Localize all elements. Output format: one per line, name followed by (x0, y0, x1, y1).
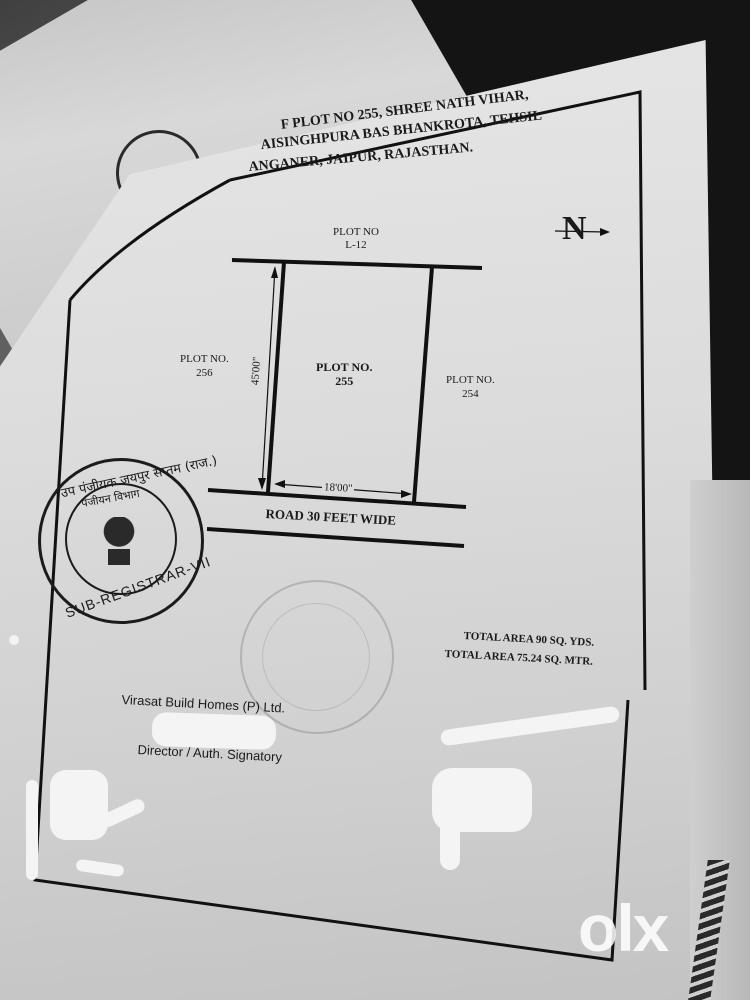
state-emblem-icon (103, 517, 135, 565)
redaction-right-tail (440, 800, 460, 870)
west-plot-label: PLOT NO. 256 (180, 352, 229, 380)
west-plot-line2: 256 (180, 366, 229, 380)
north-plot-label: PLOT NO L-12 (333, 226, 379, 252)
north-plot-line1: PLOT NO (333, 226, 379, 239)
subject-plot-label: PLOT NO. 255 (316, 360, 372, 388)
faint-seal-inner (262, 603, 370, 711)
east-plot-line1: PLOT NO. (446, 373, 495, 387)
subject-plot-line2: 255 (316, 374, 372, 388)
light-dot (9, 635, 19, 645)
east-plot-label: PLOT NO. 254 (446, 373, 495, 401)
redaction-left (50, 770, 108, 840)
west-plot-line1: PLOT NO. (180, 352, 229, 366)
olx-watermark-logo: olx (578, 890, 667, 966)
subject-plot-line1: PLOT NO. (316, 360, 372, 374)
width-dimension: 18'00" (322, 481, 355, 495)
length-dimension: 45'00" (249, 354, 263, 387)
sub-registrar-stamp: उप पंजीयक जयपुर सप्तम (राज.) पंजीयन विभा… (38, 458, 204, 624)
north-indicator: N (562, 210, 587, 248)
north-plot-line2: L-12 (333, 239, 379, 252)
east-plot-line2: 254 (446, 387, 495, 401)
redaction-left-stroke (26, 780, 38, 880)
